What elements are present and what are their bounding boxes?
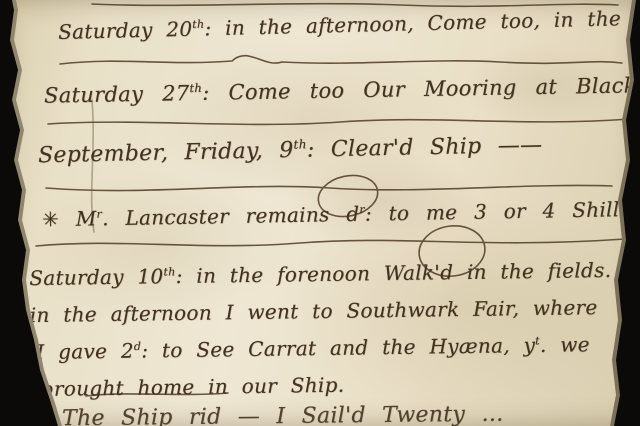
divider-2 [48, 119, 630, 124]
photo-background: Saturday 20th: in the afternoon, Come to… [0, 0, 640, 426]
divider-3 [46, 185, 612, 190]
divider-4 [36, 239, 625, 246]
journal-entry: Saturday 10th: in the forenoon Walk'd in… [29, 252, 613, 408]
manuscript-text-line: The Ship rid — I Sail'd Twenty … [62, 402, 504, 426]
manuscript-page: Saturday 20th: in the afternoon, Come to… [0, 0, 640, 426]
journal-entry-partial: The Ship rid — I Sail'd Twenty … [62, 402, 504, 426]
divider-top-partial [92, 4, 618, 7]
divider-1 [60, 56, 622, 64]
